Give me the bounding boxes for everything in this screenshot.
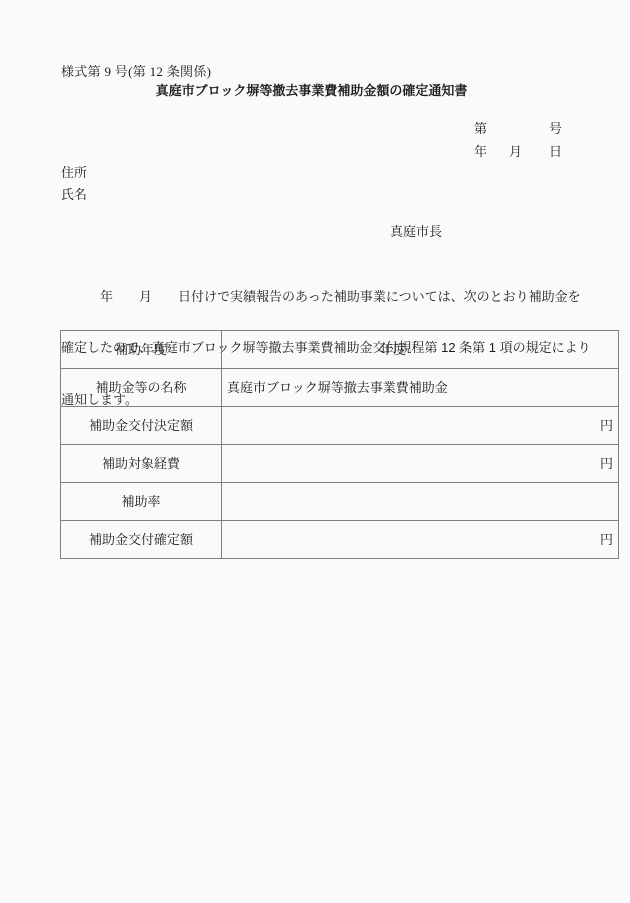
table-row: 補助対象経費 円 — [61, 445, 619, 483]
row-label-eligible-expenses: 補助対象経費 — [61, 445, 222, 483]
row-value-subsidy-year: 年度 — [222, 331, 619, 369]
row-label-subsidy-rate: 補助率 — [61, 483, 222, 521]
row-label-grant-decision-amount: 補助金交付決定額 — [61, 407, 222, 445]
recipient-name-label: 氏名 — [61, 187, 87, 203]
table-row: 補助金交付決定額 円 — [61, 407, 619, 445]
sender-mayor-label: 真庭市長 — [390, 224, 442, 240]
table-row: 補助金交付確定額 円 — [61, 521, 619, 559]
row-value-subsidy-rate — [222, 483, 619, 521]
subsidy-table: 補助年度 年度 補助金等の名称 真庭市ブロック塀等撤去事業費補助金 補助金交付決… — [60, 330, 619, 559]
row-label-grant-confirmed-amount: 補助金交付確定額 — [61, 521, 222, 559]
form-number-note: 様式第 9 号(第 12 条関係) — [61, 64, 211, 80]
recipient-address-label: 住所 — [61, 165, 87, 181]
table-row: 補助金等の名称 真庭市ブロック塀等撤去事業費補助金 — [61, 369, 619, 407]
row-label-subsidy-year: 補助年度 — [61, 331, 222, 369]
body-line: 年 月 日付けで実績報告のあった補助事業については、次のとおり補助金を — [61, 287, 566, 306]
row-value-grant-confirmed-amount: 円 — [222, 521, 619, 559]
table-row: 補助年度 年度 — [61, 331, 619, 369]
date-day-label: 日 — [549, 144, 562, 160]
document-title: 真庭市ブロック塀等撤去事業費補助金額の確定通知書 — [61, 83, 562, 99]
row-value-eligible-expenses: 円 — [222, 445, 619, 483]
date-line: 年月日 — [61, 128, 562, 176]
date-month-label: 月 — [509, 144, 522, 160]
date-year-label: 年 — [474, 144, 487, 159]
row-label-subsidy-name: 補助金等の名称 — [61, 369, 222, 407]
row-value-grant-decision-amount: 円 — [222, 407, 619, 445]
document-page: 様式第 9 号(第 12 条関係) 真庭市ブロック塀等撤去事業費補助金額の確定通… — [0, 0, 630, 903]
row-value-subsidy-name: 真庭市ブロック塀等撤去事業費補助金 — [222, 369, 619, 407]
table-row: 補助率 — [61, 483, 619, 521]
